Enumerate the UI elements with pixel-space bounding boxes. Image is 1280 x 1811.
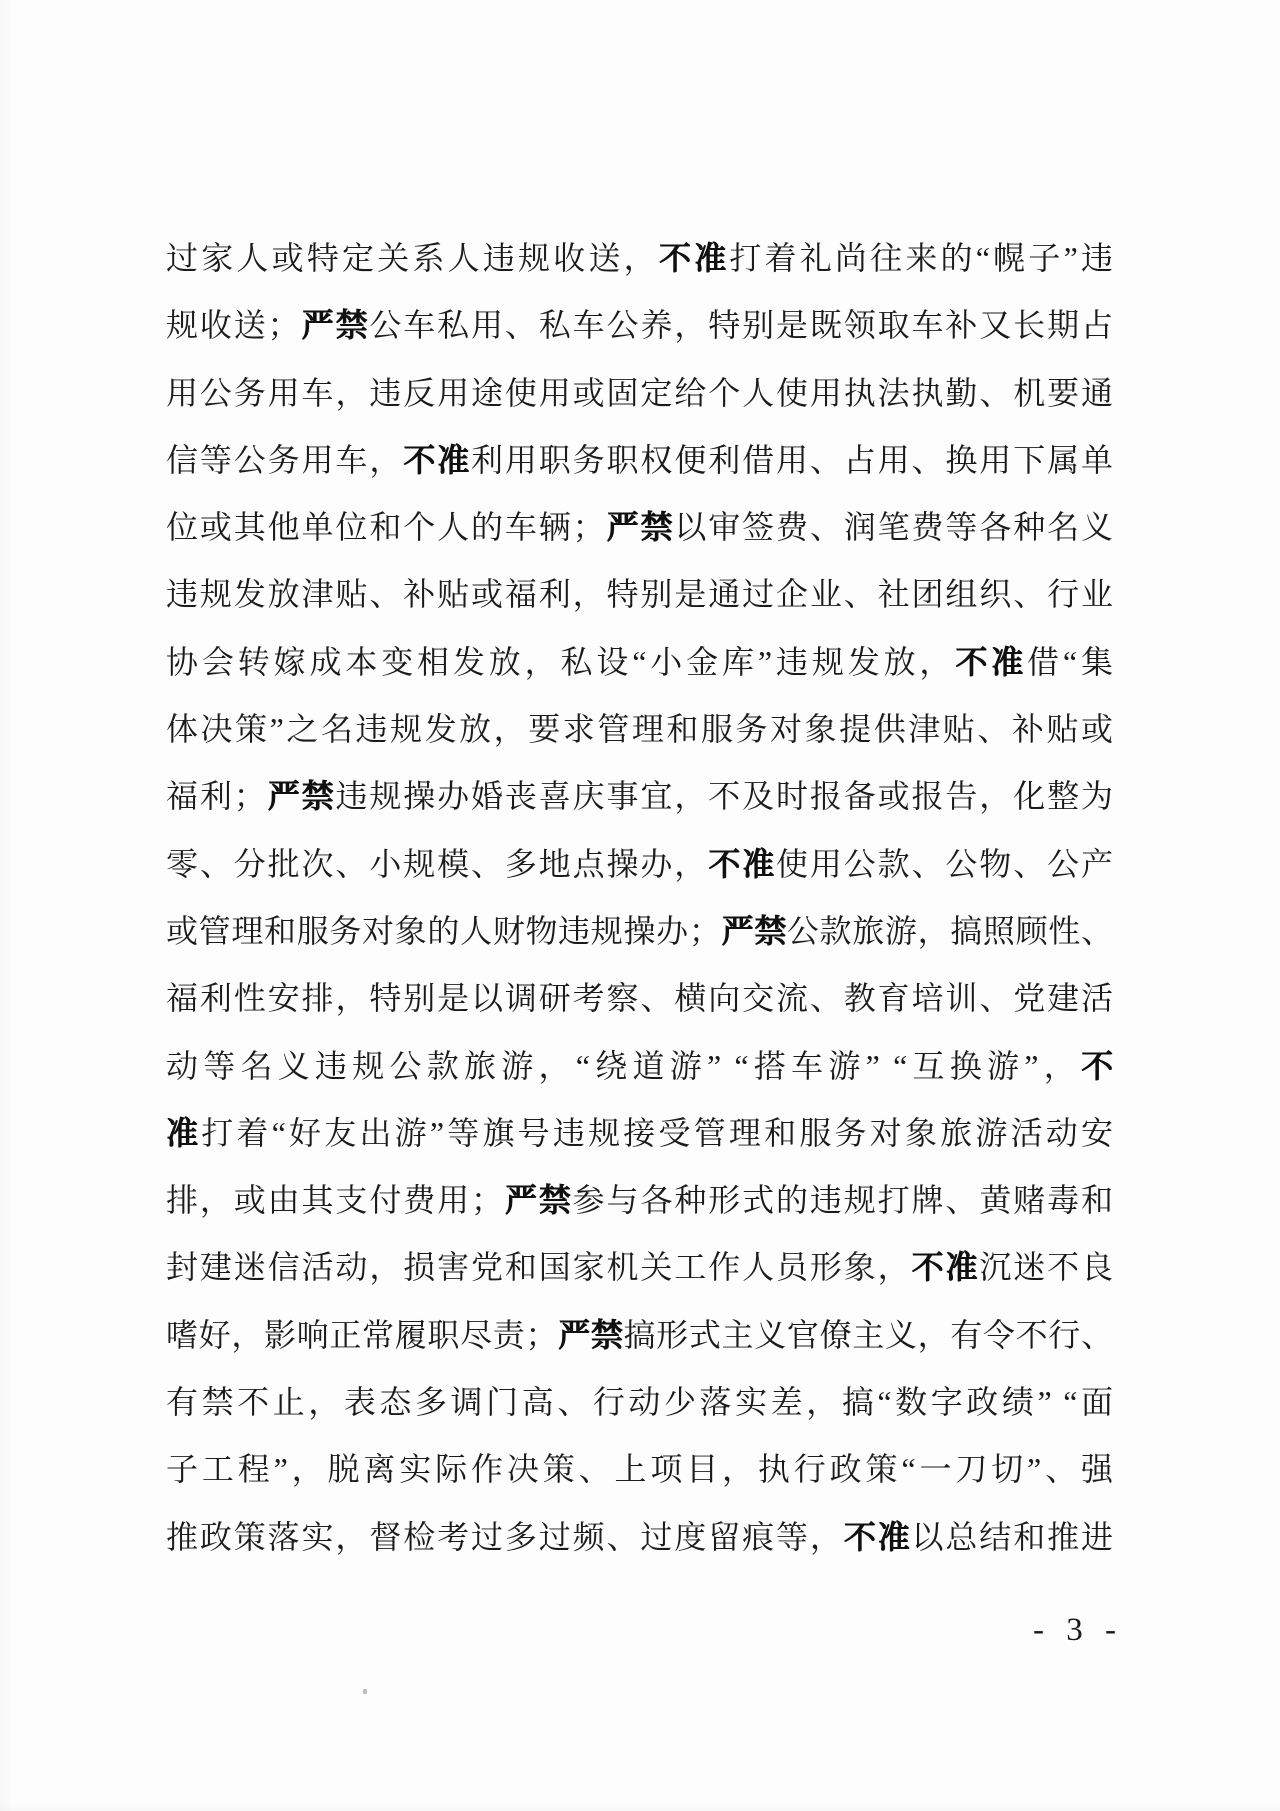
plain-text: 以审签费、润笔费等各种名义 (674, 509, 1113, 545)
emphasis-text: 不准 (659, 240, 729, 276)
plain-text: 子工程”，脱离实际作决策、上项目，执行政策“一刀切”、强 (166, 1451, 1113, 1487)
text-line: 推政策落实，督检考过多过频、过度留痕等，不准以总结和推进 (166, 1504, 1113, 1571)
text-line: 零、分批次、小规模、多地点操办，不准使用公款、公物、公产 (166, 831, 1113, 898)
emphasis-text: 不 (1081, 1048, 1113, 1084)
plain-text: 打着礼尚往来的“幌子”违 (729, 240, 1113, 276)
plain-text: 违规操办婚丧喜庆事宜，不及时报备或报告，化整为 (335, 778, 1113, 814)
plain-text: 封建迷信活动，损害党和国家机关工作人员形象， (166, 1249, 912, 1285)
emphasis-text: 不准 (403, 442, 471, 478)
emphasis-text: 不准 (955, 644, 1027, 680)
plain-text: 以总结和推进 (912, 1519, 1113, 1555)
emphasis-text: 严禁 (503, 1182, 573, 1218)
plain-text: 过家人或特定关系人违规收送， (166, 240, 659, 276)
text-line: 或管理和服务对象的人财物违规操办；严禁公款旅游，搞照顾性、 (166, 898, 1113, 965)
plain-text: 利用职务职权便利借用、占用、换用下属单 (471, 442, 1113, 478)
emphasis-text: 严禁 (557, 1317, 623, 1353)
emphasis-text: 严禁 (300, 307, 370, 343)
text-line: 福利；严禁违规操办婚丧喜庆事宜，不及时报备或报告，化整为 (166, 763, 1113, 830)
text-line: 信等公务用车，不准利用职务职权便利借用、占用、换用下属单 (166, 427, 1113, 494)
plain-text: 排，或由其支付费用； (166, 1182, 503, 1218)
plain-text: 参与各种形式的违规打牌、黄赌毒和 (573, 1182, 1113, 1218)
plain-text: 协会转嫁成本变相发放，私设“小金库”违规发放， (166, 644, 955, 680)
body-text: 过家人或特定关系人违规收送，不准打着礼尚往来的“幌子”违规收送；严禁公车私用、私… (166, 225, 1113, 1571)
text-line: 过家人或特定关系人违规收送，不准打着礼尚往来的“幌子”违 (166, 225, 1113, 292)
plain-text: 动等名义违规公款旅游，“绕道游” “搭车游” “互换游”， (166, 1048, 1081, 1084)
plain-text: 推政策落实，督检考过多过频、过度留痕等， (166, 1519, 844, 1555)
plain-text: 规收送； (166, 307, 300, 343)
emphasis-text: 不准 (912, 1249, 980, 1285)
text-line: 准打着“好友出游”等旗号违规接受管理和服务对象旅游活动安 (166, 1100, 1113, 1167)
text-line: 违规发放津贴、补贴或福利，特别是通过企业、社团组织、行业 (166, 561, 1113, 628)
text-line: 规收送；严禁公车私用、私车公养，特别是既领取车补又长期占 (166, 292, 1113, 359)
plain-text: 体决策”之名违规发放，要求管理和服务对象提供津贴、补贴或 (166, 711, 1113, 747)
scan-artifact-dot (363, 1689, 367, 1694)
plain-text: 信等公务用车， (166, 442, 403, 478)
plain-text: 或管理和服务对象的人财物违规操办； (166, 913, 721, 949)
plain-text: 位或其他单位和个人的车辆； (166, 509, 605, 545)
document-page: 过家人或特定关系人违规收送，不准打着礼尚往来的“幌子”违规收送；严禁公车私用、私… (0, 0, 1280, 1811)
plain-text: 公车私用、私车公养，特别是既领取车补又长期占 (369, 307, 1113, 343)
emphasis-text: 准 (166, 1115, 201, 1151)
emphasis-text: 严禁 (605, 509, 675, 545)
plain-text: 嗜好，影响正常履职尽责； (166, 1317, 557, 1353)
plain-text: 用公务用车，违反用途使用或固定给个人使用执法执勤、机要通 (166, 375, 1113, 411)
page-number: - 3 - (1018, 1612, 1138, 1649)
text-line: 子工程”，脱离实际作决策、上项目，执行政策“一刀切”、强 (166, 1436, 1113, 1503)
plain-text: 福利性安排，特别是以调研考察、横向交流、教育培训、党建活 (166, 980, 1113, 1016)
text-line: 封建迷信活动，损害党和国家机关工作人员形象，不准沉迷不良 (166, 1234, 1113, 1301)
plain-text: 违规发放津贴、补贴或福利，特别是通过企业、社团组织、行业 (166, 576, 1113, 612)
plain-text: 沉迷不良 (979, 1249, 1113, 1285)
emphasis-text: 严禁 (266, 778, 336, 814)
text-line: 有禁不止，表态多调门高、行动少落实差，搞“数字政绩” “面 (166, 1369, 1113, 1436)
plain-text: 公款旅游，搞照顾性、 (787, 913, 1113, 949)
plain-text: 借“集 (1027, 644, 1113, 680)
text-line: 排，或由其支付费用；严禁参与各种形式的违规打牌、黄赌毒和 (166, 1167, 1113, 1234)
text-line: 体决策”之名违规发放，要求管理和服务对象提供津贴、补贴或 (166, 696, 1113, 763)
text-line: 协会转嫁成本变相发放，私设“小金库”违规发放，不准借“集 (166, 629, 1113, 696)
text-line: 位或其他单位和个人的车辆；严禁以审签费、润笔费等各种名义 (166, 494, 1113, 561)
plain-text: 使用公款、公物、公产 (776, 846, 1113, 882)
plain-text: 搞形式主义官僚主义，有令不行、 (623, 1317, 1112, 1353)
plain-text: 福利； (166, 778, 266, 814)
plain-text: 零、分批次、小规模、多地点操办， (166, 846, 708, 882)
plain-text: 有禁不止，表态多调门高、行动少落实差，搞“数字政绩” “面 (166, 1384, 1113, 1420)
emphasis-text: 不准 (708, 846, 776, 882)
emphasis-text: 不准 (844, 1519, 912, 1555)
text-line: 福利性安排，特别是以调研考察、横向交流、教育培训、党建活 (166, 965, 1113, 1032)
text-line: 动等名义违规公款旅游，“绕道游” “搭车游” “互换游”，不 (166, 1033, 1113, 1100)
text-line: 用公务用车，违反用途使用或固定给个人使用执法执勤、机要通 (166, 360, 1113, 427)
plain-text: 打着“好友出游”等旗号违规接受管理和服务对象旅游活动安 (201, 1115, 1113, 1151)
text-line: 嗜好，影响正常履职尽责；严禁搞形式主义官僚主义，有令不行、 (166, 1302, 1113, 1369)
emphasis-text: 严禁 (721, 913, 787, 949)
